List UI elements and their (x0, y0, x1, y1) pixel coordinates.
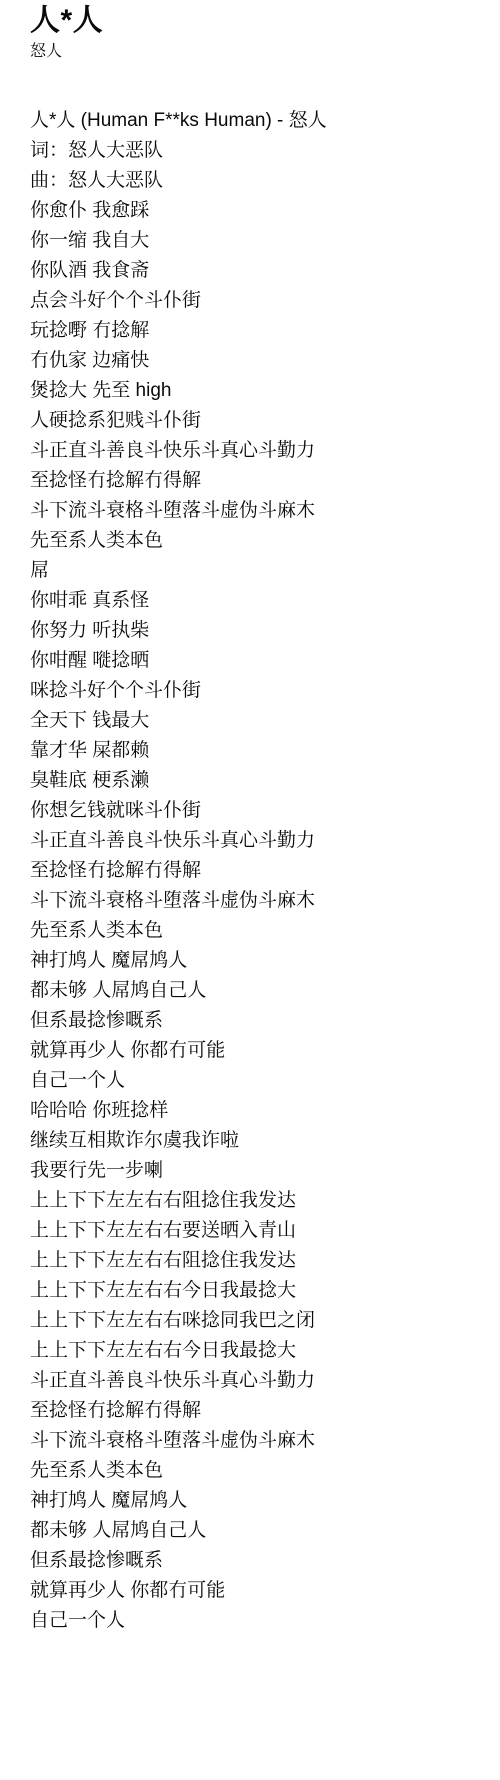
lyric-line: 上上下下左左右右阻捻住我发达 (30, 1246, 480, 1276)
lyric-line: 咪捻斗好个个斗仆街 (30, 676, 480, 706)
lyric-line: 自己一个人 (30, 1606, 480, 1636)
lyric-line: 我要行先一步喇 (30, 1156, 480, 1186)
lyric-line: 斗下流斗衰格斗堕落斗虚伪斗麻木 (30, 886, 480, 916)
lyric-line: 先至系人类本色 (30, 526, 480, 556)
lyric-line: 煲捻大 先至 high (30, 376, 480, 406)
lyric-line: 你愈仆 我愈踩 (30, 196, 480, 226)
lyric-line: 就算再少人 你都冇可能 (30, 1576, 480, 1606)
lyric-line: 你想乞钱就咪斗仆街 (30, 796, 480, 826)
lyric-line: 上上下下左左右右要送晒入青山 (30, 1216, 480, 1246)
lyric-line: 人硬捻系犯贱斗仆街 (30, 406, 480, 436)
lyric-line: 上上下下左左右右阻捻住我发达 (30, 1186, 480, 1216)
lyric-line: 都未够 人屌鸠自己人 (30, 1516, 480, 1546)
lyric-line: 继续互相欺诈尔虞我诈啦 (30, 1126, 480, 1156)
lyric-line: 曲：怒人大恶队 (30, 166, 480, 196)
lyric-line: 你队酒 我食斋 (30, 256, 480, 286)
page-title: 人*人 (30, 0, 480, 41)
lyric-line: 你努力 听执柴 (30, 616, 480, 646)
lyrics-page: 人*人 怒人 人*人 (Human F**ks Human) - 怒人词：怒人大… (0, 0, 500, 1636)
lyric-line: 斗正直斗善良斗快乐斗真心斗勤力 (30, 826, 480, 856)
lyric-line: 斗正直斗善良斗快乐斗真心斗勤力 (30, 436, 480, 466)
lyric-line: 上上下下左左右右今日我最捻大 (30, 1276, 480, 1306)
lyric-line: 都未够 人屌鸠自己人 (30, 976, 480, 1006)
lyric-line: 你一缩 我自大 (30, 226, 480, 256)
lyric-line: 先至系人类本色 (30, 916, 480, 946)
lyric-line: 至捻怪冇捻解冇得解 (30, 856, 480, 886)
lyric-line: 全天下 钱最大 (30, 706, 480, 736)
lyric-line: 人*人 (Human F**ks Human) - 怒人 (30, 106, 480, 136)
lyric-line: 屌 (30, 556, 480, 586)
lyric-line: 至捻怪冇捻解冇得解 (30, 1396, 480, 1426)
lyric-line: 上上下下左左右右今日我最捻大 (30, 1336, 480, 1366)
lyric-line: 但系最捻惨嘅系 (30, 1006, 480, 1036)
lyric-line: 就算再少人 你都冇可能 (30, 1036, 480, 1066)
lyric-line: 哈哈哈 你班捻样 (30, 1096, 480, 1126)
lyric-line: 臭鞋底 梗系濑 (30, 766, 480, 796)
lyric-line: 冇仇家 边痛快 (30, 346, 480, 376)
lyric-line: 神打鸠人 魔屌鸠人 (30, 1486, 480, 1516)
lyric-line: 你咁醒 嘥捻晒 (30, 646, 480, 676)
lyric-line: 自己一个人 (30, 1066, 480, 1096)
lyric-line: 斗下流斗衰格斗堕落斗虚伪斗麻木 (30, 1426, 480, 1456)
lyric-line: 玩捻嘢 冇捻解 (30, 316, 480, 346)
lyric-line: 先至系人类本色 (30, 1456, 480, 1486)
lyric-line: 神打鸠人 魔屌鸠人 (30, 946, 480, 976)
lyric-line: 点会斗好个个斗仆街 (30, 286, 480, 316)
lyric-line: 至捻怪冇捻解冇得解 (30, 466, 480, 496)
lyric-line: 斗正直斗善良斗快乐斗真心斗勤力 (30, 1366, 480, 1396)
lyric-line: 斗下流斗衰格斗堕落斗虚伪斗麻木 (30, 496, 480, 526)
artist-name: 怒人 (30, 41, 480, 62)
lyric-line: 但系最捻惨嘅系 (30, 1546, 480, 1576)
lyric-line: 词：怒人大恶队 (30, 136, 480, 166)
lyric-line: 你咁乖 真系怪 (30, 586, 480, 616)
lyric-line: 上上下下左左右右咪捻同我巴之闭 (30, 1306, 480, 1336)
lyric-line: 靠才华 屎都赖 (30, 736, 480, 766)
lyrics-block: 人*人 (Human F**ks Human) - 怒人词：怒人大恶队曲：怒人大… (30, 106, 480, 1636)
